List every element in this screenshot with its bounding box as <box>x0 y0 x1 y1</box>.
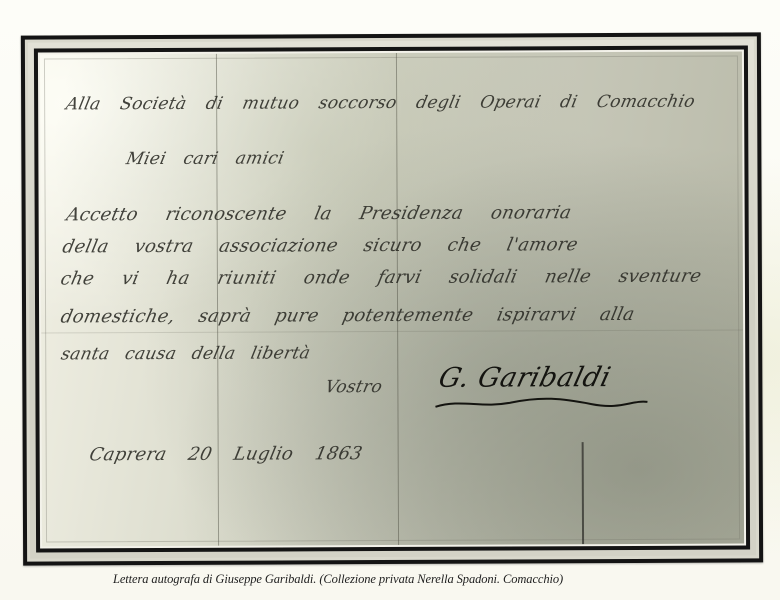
letter-border: Alla Società di mutuo soccorso degli Ope… <box>34 45 750 552</box>
fold-crease-horizontal <box>41 329 743 333</box>
letter-salutation: Miei cari amici <box>124 148 286 169</box>
letter-body-line: domestiche, saprà pure potentemente ispi… <box>59 304 637 328</box>
image-caption: Lettera autografa di Giuseppe Garibaldi.… <box>113 572 563 587</box>
letter-address-line: Alla Società di mutuo soccorso degli Ope… <box>64 92 697 115</box>
letter-frame: Alla Società di mutuo soccorso degli Ope… <box>21 32 763 565</box>
fold-crease <box>582 442 584 544</box>
signature: G. Garibaldi <box>436 362 615 394</box>
letter-paper: Alla Società di mutuo soccorso degli Ope… <box>40 51 744 546</box>
letter-date-line: Caprera 20 Luglio 1863 <box>87 443 364 465</box>
fold-crease <box>396 53 399 545</box>
letter-body-line: che vi ha riuniti onde farvi solidali ne… <box>59 266 704 290</box>
paper-edge <box>44 55 740 542</box>
letter-body-line: Accetto riconoscente la Presidenza onora… <box>64 202 573 225</box>
letter-closing: Vostro <box>323 377 384 397</box>
letter-body-line: della vostra associazione sicuro che l'a… <box>61 234 580 257</box>
fold-crease <box>216 54 219 546</box>
letter-body-line: santa causa della libertà <box>59 343 312 364</box>
signature-flourish-icon <box>431 394 651 411</box>
